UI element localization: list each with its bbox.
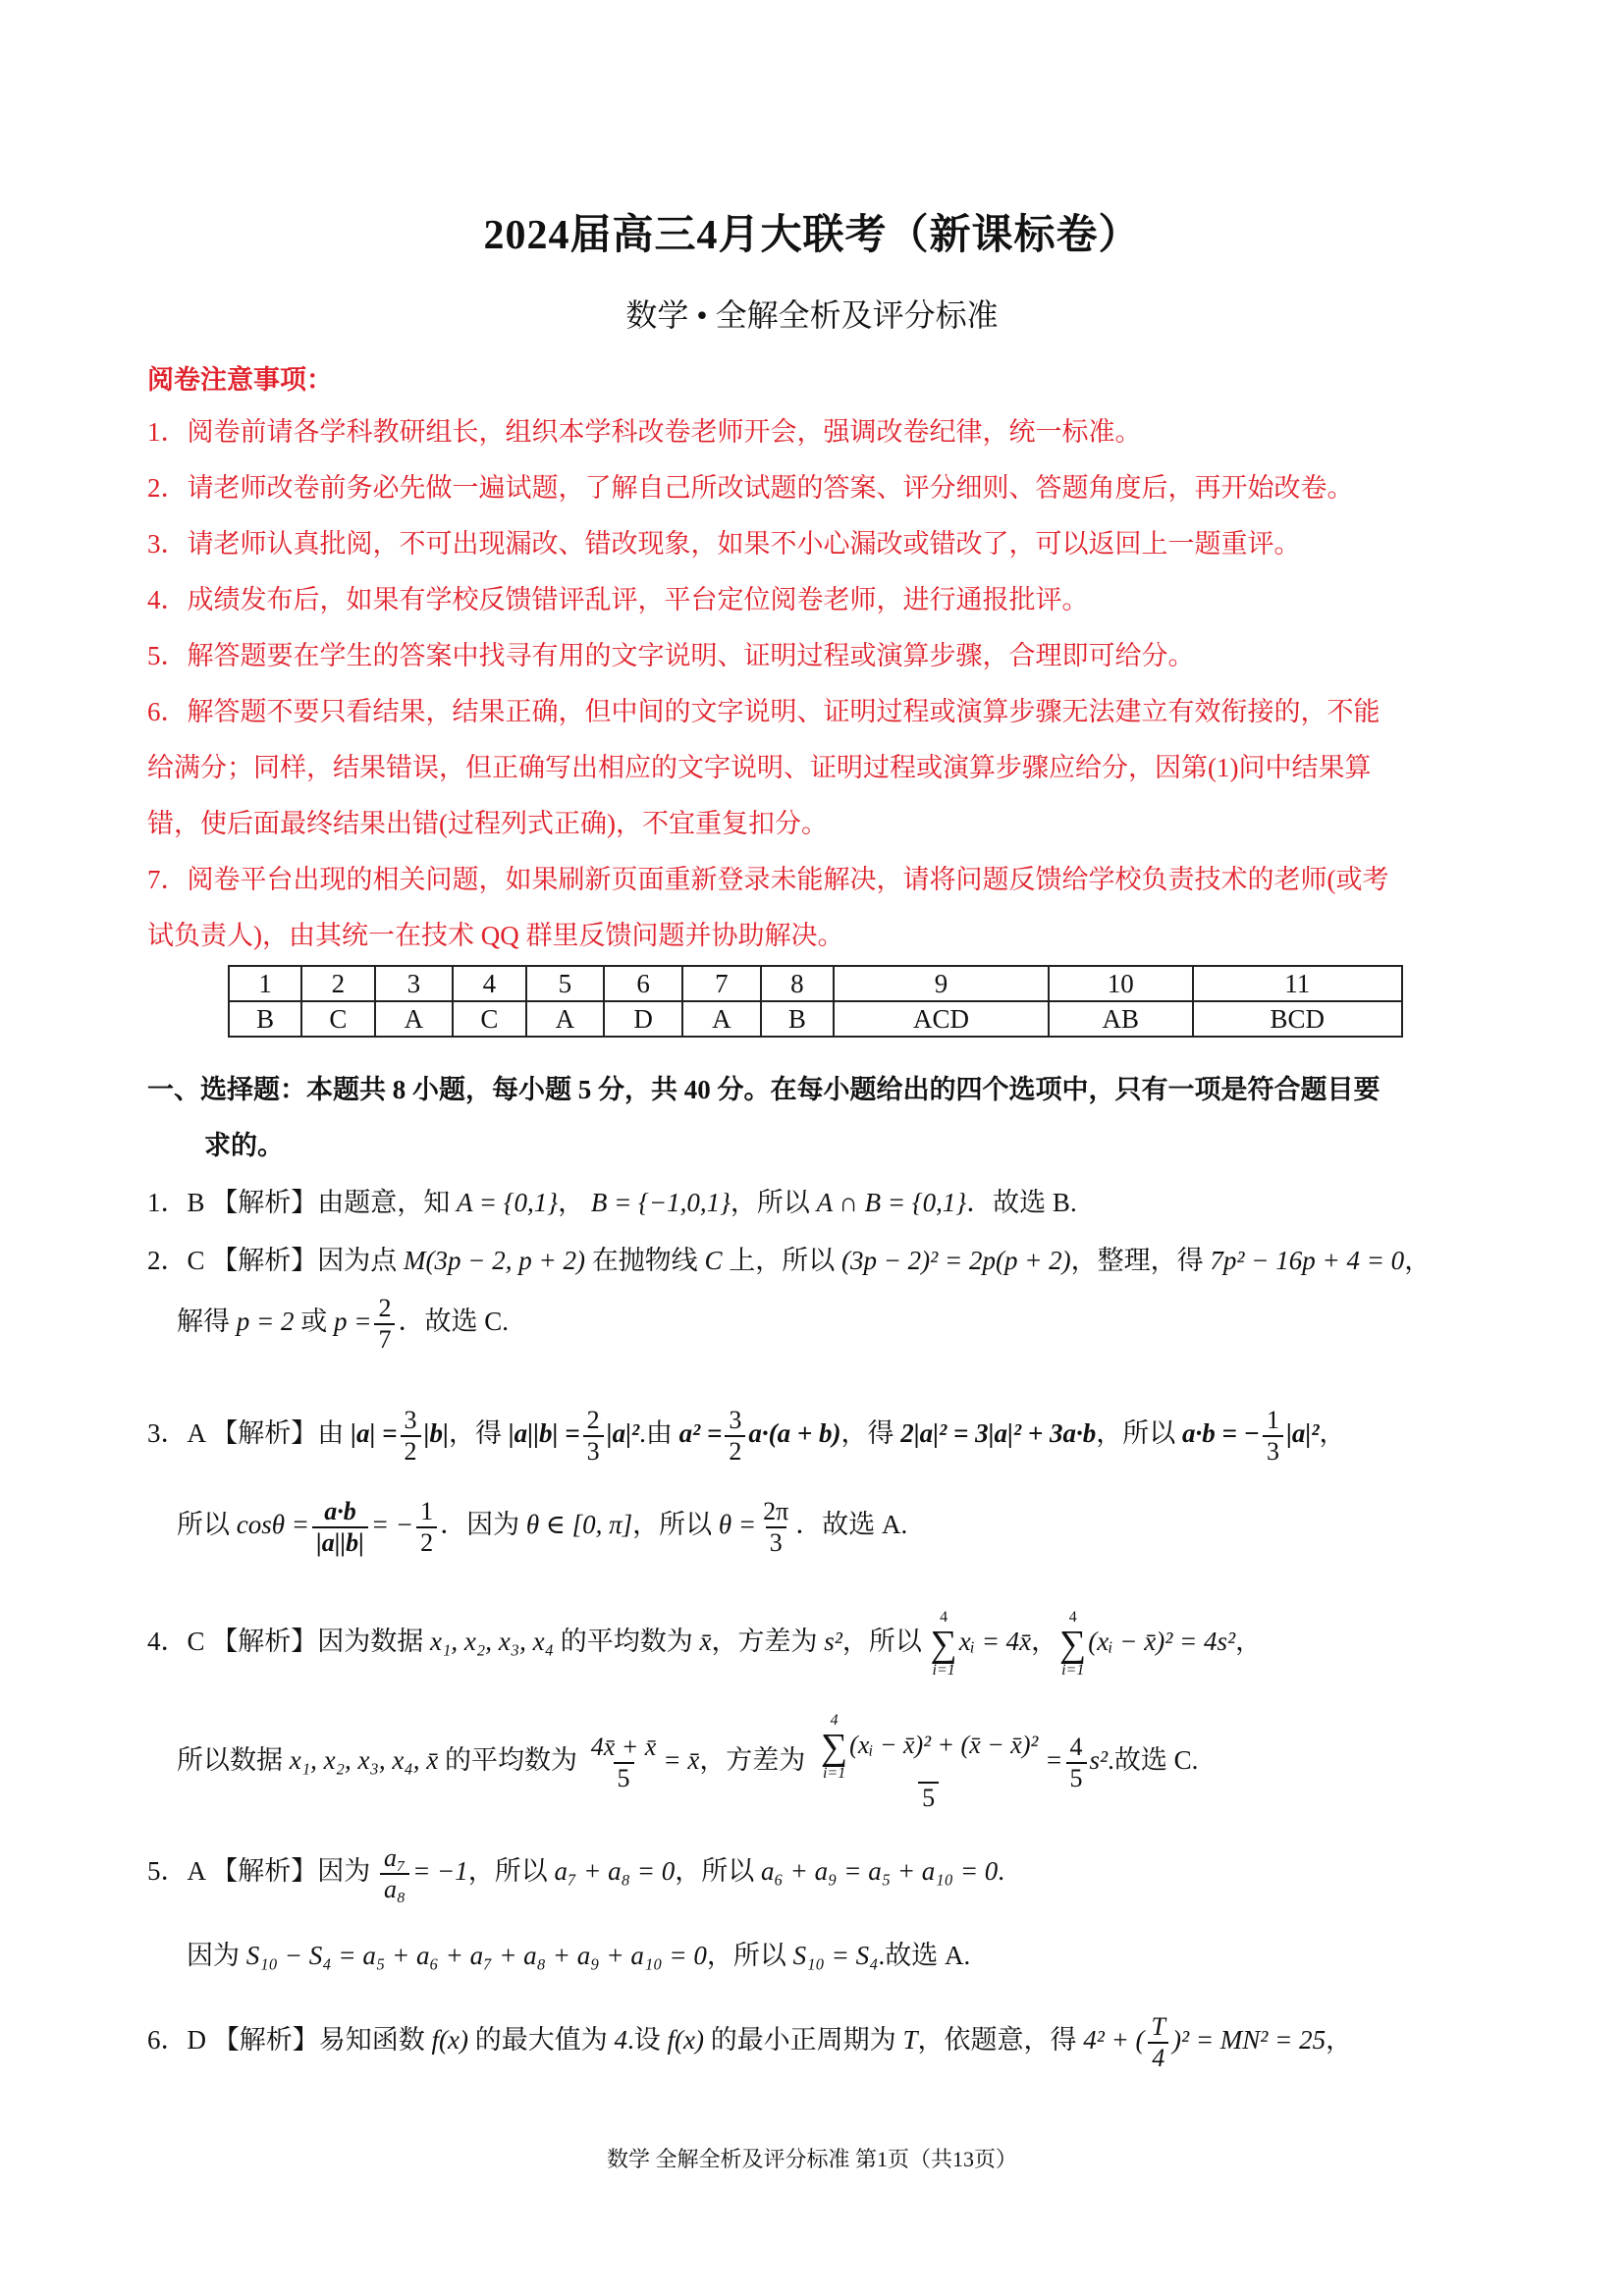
math-expr: (xᵢ − x̄)² = 4s² (1088, 1627, 1235, 1656)
math-expr: s² (1090, 1745, 1109, 1775)
fraction: 32 (401, 1406, 421, 1467)
fraction-denominator: 3 (583, 1435, 604, 1467)
math-expr: 7p² − 16p + 4 = 0 (1210, 1246, 1404, 1275)
solution-text: ．故选 A. (795, 1510, 907, 1539)
math-expr: x₁, x₂, x₃, x₄, x̄ (290, 1745, 438, 1775)
solution-text: 3．A 【解析】由 (147, 1418, 351, 1448)
section-heading-cont: 求的。 (204, 1124, 284, 1162)
fraction-numerator: 4 (1066, 1733, 1087, 1762)
math-expr: |a| = (351, 1418, 398, 1448)
page-subtitle: 数学 • 全解全析及评分标准 (0, 291, 1624, 336)
fraction: 12 (416, 1497, 437, 1558)
fraction: 23 (583, 1406, 604, 1467)
notice-item: 7．阅卷平台出现的相关问题，如果刷新页面重新登录未能解决，请将问题反馈给学校负责… (147, 858, 1389, 896)
math-expr: a·b = − (1182, 1418, 1260, 1448)
fraction-denominator: 2 (416, 1526, 437, 1558)
fraction-denominator: 3 (766, 1526, 786, 1558)
fraction-numerator: 1 (1263, 1406, 1283, 1435)
solution-text: ，依题意，得 (917, 2025, 1083, 2055)
solution-text: ，所以 (842, 1627, 929, 1656)
question-number: 9 (834, 966, 1049, 1001)
solution-q2-line2: 解得 p = 2 或 p =27．故选 C. (177, 1294, 509, 1355)
question-number: 7 (682, 966, 761, 1001)
sum-lower: i=1 (933, 1663, 955, 1679)
fraction: 4∑i=1(xᵢ − x̄)² + (x̄ − x̄)²5 (815, 1713, 1042, 1813)
math-expr: 2|a|² = 3|a|² + 3a·b (900, 1418, 1096, 1448)
question-number: 4 (453, 966, 525, 1001)
fraction-numerator-text: (xᵢ − x̄)² + (x̄ − x̄)² (849, 1731, 1038, 1759)
solution-text: ，所以 (1096, 1418, 1182, 1448)
solution-text: 的最大值为 (468, 2025, 615, 2055)
answer-key-table: 1 2 3 4 5 6 7 8 9 10 11 B C A C A D A B … (228, 965, 1403, 1038)
notice-item: 6．解答题不要只看结果，结果正确，但中间的文字说明、证明过程或演算步骤无法建立有… (147, 690, 1380, 728)
sum-lower: i=1 (1061, 1663, 1084, 1679)
solution-text: ．故选 C. (398, 1307, 509, 1336)
solution-text: . (998, 1856, 1004, 1886)
solution-text: 解得 (177, 1307, 237, 1336)
math-expr: 4 (614, 2025, 627, 2055)
fraction-denominator: |a||b| (312, 1526, 368, 1558)
solution-text: ，所以 (707, 1941, 793, 1970)
fraction: 2π3 (759, 1497, 792, 1558)
fraction-denominator: a₈ (380, 1873, 409, 1904)
question-number: 2 (301, 966, 374, 1001)
solution-text: ， (1326, 2025, 1352, 2055)
fraction-denominator: 2 (725, 1435, 745, 1467)
fraction: 4x̄ + x̄5 (587, 1733, 661, 1793)
notice-item: 4．成绩发布后，如果有学校反馈错评乱评，平台定位阅卷老师，进行通报批评。 (147, 578, 1089, 616)
fraction-denominator: 5 (918, 1782, 939, 1813)
answer-cell: A (526, 1001, 605, 1037)
math-expr: |a||b| = (509, 1418, 580, 1448)
fraction: a·b|a||b| (312, 1497, 368, 1558)
solution-text: ．故选 B. (966, 1188, 1077, 1217)
question-number: 1 (229, 966, 301, 1001)
solution-text: .设 (627, 2025, 668, 2055)
fraction-denominator: 3 (1263, 1435, 1283, 1467)
fraction-numerator: 3 (401, 1406, 421, 1435)
math-expr: S₁₀ = S₄ (793, 1941, 879, 1970)
notice-heading: 阅卷注意事项： (147, 358, 333, 397)
answer-cell: ACD (834, 1001, 1049, 1037)
math-expr: a₆ + a₉ = a₅ + a₁₀ = 0 (761, 1856, 998, 1886)
answer-cell: A (375, 1001, 454, 1037)
math-expr: )² = MN² = 25 (1172, 2025, 1326, 2055)
question-number: 11 (1193, 966, 1403, 1001)
sum-lower: i=1 (823, 1766, 845, 1782)
math-expr: C (704, 1246, 722, 1275)
notice-item: 5．解答题要在学生的答案中找寻有用的文字说明、证明过程或演算步骤，合理即可给分。 (147, 634, 1195, 672)
page-title: 2024届高三4月大联考（新课标卷） (0, 202, 1624, 261)
math-expr: 4² + ( (1083, 2025, 1144, 2055)
answer-cell: BCD (1193, 1001, 1403, 1037)
fraction-denominator: 5 (614, 1762, 634, 1793)
sigma-icon: ∑ (931, 1626, 957, 1663)
math-expr: f(x) (432, 2025, 468, 2055)
solution-q4: 4．C 【解析】因为数据 x₁, x₂, x₃, x₄ 的平均数为 x̄，方差为… (147, 1610, 1262, 1679)
solution-text: ，所以 (632, 1510, 719, 1539)
solution-text: 在抛物线 (585, 1246, 705, 1275)
math-expr: x₁, x₂, x₃, x₄ (430, 1627, 554, 1656)
math-expr: p = 2 (237, 1307, 295, 1336)
solution-text: ，整理，得 (1071, 1246, 1211, 1275)
math-expr: = x̄ (663, 1745, 699, 1775)
fraction: T4 (1148, 2012, 1169, 2073)
answer-cell: C (301, 1001, 374, 1037)
solution-q2: 2．C 【解析】因为点 M(3p − 2, p + 2) 在抛物线 C 上，所以… (147, 1239, 1431, 1277)
solution-text: 或 (294, 1307, 334, 1336)
notice-item: 错，使后面最终结果出错(过程列式正确)，不宜重复扣分。 (147, 802, 828, 840)
question-number-row: 1 2 3 4 5 6 7 8 9 10 11 (229, 966, 1402, 1001)
fraction-denominator: 2 (401, 1435, 421, 1467)
math-expr: cosθ = (237, 1510, 309, 1539)
page-footer: 数学 全解全析及评分标准 第1页（共13页） (0, 2143, 1624, 2173)
math-expr: a₇ + a₈ = 0 (555, 1856, 676, 1886)
solution-text: 的最小正周期为 (704, 2025, 903, 2055)
math-expr: B = {−1,0,1} (591, 1188, 731, 1217)
solution-text: ，所以 (731, 1188, 817, 1217)
math-expr: θ ∈ [0, π] (526, 1510, 632, 1539)
solution-text: ，所以 (468, 1856, 555, 1886)
solution-text: 上，所以 (722, 1246, 841, 1275)
math-expr: f(x) (667, 2025, 703, 2055)
question-number: 6 (604, 966, 682, 1001)
math-expr: a² = (679, 1418, 723, 1448)
fraction: a₇a₈ (380, 1843, 409, 1904)
solution-text: 5．A 【解析】因为 (147, 1856, 377, 1886)
math-expr: (3p − 2)² = 2p(p + 2) (841, 1246, 1071, 1275)
fraction-numerator: a·b (320, 1497, 360, 1526)
math-expr: |b| (424, 1418, 449, 1448)
section-heading: 一、选择题：本题共 8 小题，每小题 5 分，共 40 分。在每小题给出的四个选… (147, 1068, 1380, 1106)
sigma-icon: ∑ (821, 1729, 847, 1766)
solution-q3-line2: 所以 cosθ =a·b|a||b|= −12．因为 θ ∈ [0, π]，所以… (177, 1497, 907, 1558)
solution-text: ， (558, 1188, 591, 1217)
solution-text: ，得 (840, 1418, 900, 1448)
question-number: 10 (1049, 966, 1193, 1001)
fraction: 45 (1066, 1733, 1087, 1793)
solution-text: 4．C 【解析】因为数据 (147, 1627, 430, 1656)
notice-item: 2．请老师改卷前务必先做一遍试题，了解自己所改试题的答案、评分细则、答题角度后，… (147, 466, 1354, 505)
solution-q5-line2: 因为 S₁₀ − S₄ = a₅ + a₆ + a₇ + a₈ + a₉ + a… (187, 1934, 970, 1972)
solution-text: ，得 (449, 1418, 509, 1448)
solution-text: 所以 (177, 1510, 237, 1539)
fraction-denominator: 4 (1148, 2042, 1168, 2073)
math-expr: A ∩ B = {0,1} (817, 1188, 967, 1217)
answer-cell: B (761, 1001, 834, 1037)
solution-q4-line2: 所以数据 x₁, x₂, x₃, x₄, x̄ 的平均数为 4x̄ + x̄5=… (177, 1713, 1198, 1813)
fraction: 32 (725, 1406, 745, 1467)
math-expr: p = (334, 1307, 371, 1336)
sigma-icon: ∑ (1059, 1626, 1086, 1663)
solution-text: .故选 C. (1108, 1745, 1198, 1775)
fraction-numerator: a₇ (380, 1843, 409, 1873)
math-expr: a·(a + b) (748, 1418, 840, 1448)
solution-text: 2．C 【解析】因为点 (147, 1246, 404, 1275)
math-expr: θ = (719, 1510, 756, 1539)
math-expr: x̄ (700, 1627, 712, 1656)
fraction: 13 (1263, 1406, 1283, 1467)
math-expr: = −1 (412, 1856, 468, 1886)
notice-item: 1．阅卷前请各学科教研组长，组织本学科改卷老师开会，强调改卷纪律，统一标准。 (147, 410, 1142, 449)
solution-text: 所以数据 (177, 1745, 290, 1775)
fraction-numerator: 2 (583, 1406, 604, 1435)
summation: 4∑i=1 (821, 1713, 847, 1782)
math-expr: = (1045, 1745, 1062, 1775)
math-expr: = − (371, 1510, 413, 1539)
math-expr: S₁₀ − S₄ = a₅ + a₆ + a₇ + a₈ + a₉ + a₁₀ … (246, 1941, 707, 1970)
solution-text: ，方差为 (699, 1745, 812, 1775)
answer-cell: A (682, 1001, 761, 1037)
question-number: 3 (375, 966, 454, 1001)
math-expr: s² (824, 1627, 842, 1656)
solution-text: ，方差为 (711, 1627, 824, 1656)
solution-text: .由 (639, 1418, 679, 1448)
notice-item: 给满分；同样，结果错误，但正确写出相应的文字说明、证明过程或演算步骤应给分，因第… (147, 746, 1371, 784)
answer-cell: D (604, 1001, 682, 1037)
solution-q3: 3．A 【解析】由 |a| =32|b|，得 |a||b| =23|a|².由 … (147, 1406, 1345, 1467)
math-expr: M(3p − 2, p + 2) (404, 1246, 585, 1275)
solution-text: 的平均数为 (554, 1627, 700, 1656)
fraction-numerator: 4∑i=1(xᵢ − x̄)² + (x̄ − x̄)² (815, 1713, 1042, 1782)
answer-cell: B (229, 1001, 301, 1037)
solution-text: 的平均数为 (438, 1745, 584, 1775)
solution-text: ， (1235, 1627, 1262, 1656)
notice-item: 试负责人)，由其统一在技术 QQ 群里反馈问题并协助解决。 (147, 914, 844, 952)
summation: 4∑i=1 (931, 1610, 957, 1679)
question-number: 8 (761, 966, 834, 1001)
answer-cell: C (453, 1001, 525, 1037)
math-expr: A = {0,1} (457, 1188, 558, 1217)
math-expr: |a|² (607, 1418, 640, 1448)
fraction-numerator: 3 (725, 1406, 745, 1435)
answer-cell: AB (1049, 1001, 1193, 1037)
math-expr: xᵢ = 4x̄ (959, 1627, 1031, 1656)
solution-text: 6．D 【解析】易知函数 (147, 2025, 432, 2055)
fraction-denominator: 5 (1066, 1762, 1087, 1793)
solution-text: ．因为 (440, 1510, 526, 1539)
question-number: 5 (526, 966, 605, 1001)
solution-text: 因为 (187, 1941, 246, 1970)
fraction-numerator: 2 (374, 1294, 395, 1323)
math-expr: T (902, 2025, 917, 2055)
solution-text: ， (1404, 1246, 1431, 1275)
solution-q5: 5．A 【解析】因为 a₇a₈= −1，所以 a₇ + a₈ = 0，所以 a₆… (147, 1843, 1004, 1904)
summation: 4∑i=1 (1059, 1610, 1086, 1679)
answer-row: B C A C A D A B ACD AB BCD (229, 1001, 1402, 1037)
math-expr: |a|² (1286, 1418, 1320, 1448)
solution-text: .故选 A. (879, 1941, 971, 1970)
fraction: 27 (374, 1294, 395, 1355)
fraction-numerator: 4x̄ + x̄ (587, 1733, 661, 1762)
fraction-denominator: 7 (374, 1323, 395, 1355)
notice-item: 3．请老师认真批阅，不可出现漏改、错改现象，如果不小心漏改或错改了，可以返回上一… (147, 522, 1301, 561)
fraction-numerator: T (1148, 2012, 1169, 2042)
fraction-numerator: 2π (759, 1497, 792, 1526)
solution-text: 1．B 【解析】由题意，知 (147, 1188, 457, 1217)
solution-text: ， (1031, 1627, 1057, 1656)
solution-q1: 1．B 【解析】由题意，知 A = {0,1}， B = {−1,0,1}，所以… (147, 1181, 1077, 1219)
solution-q6: 6．D 【解析】易知函数 f(x) 的最大值为 4.设 f(x) 的最小正周期为… (147, 2012, 1352, 2073)
solution-text: ， (1319, 1418, 1345, 1448)
solution-text: ，所以 (675, 1856, 761, 1886)
fraction-numerator: 1 (416, 1497, 437, 1526)
